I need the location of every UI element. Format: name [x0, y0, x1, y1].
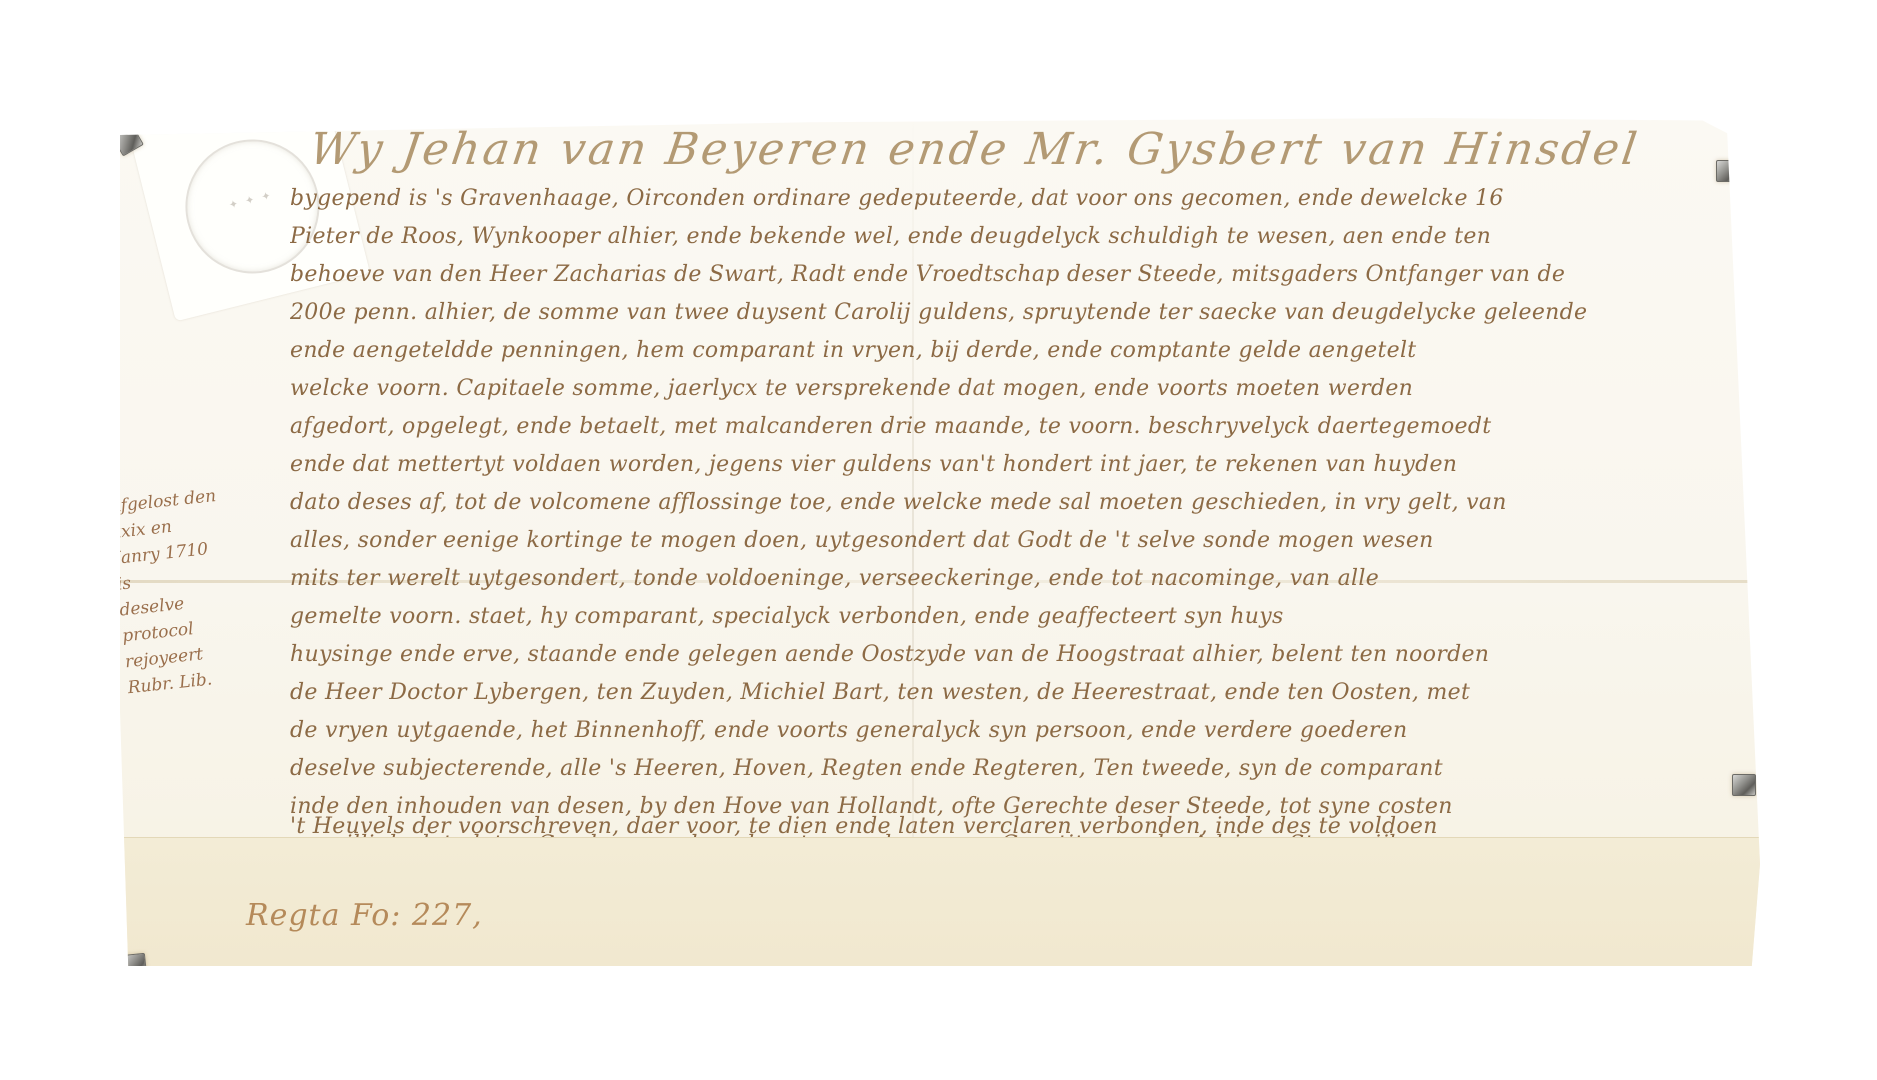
text-line: 200e penn. alhier, de somme van twee duy…	[290, 294, 1730, 332]
metal-stud-icon	[121, 953, 147, 977]
text-line: behoeve van den Heer Zacharias de Swart,…	[290, 256, 1730, 294]
text-line: bygepend is 's Gravenhaage, Oirconden or…	[290, 180, 1730, 218]
text-line: alles, sonder eenige kortinge te mogen d…	[290, 522, 1730, 560]
vellum-document: ✦ ✦ ✦ Wy Jehan van Beyeren ende Mr. Gysb…	[120, 118, 1760, 966]
text-line: welcke voorn. Capitaele somme, jaerlycx …	[290, 370, 1730, 408]
metal-stud-icon	[1732, 774, 1756, 796]
document-heading: Wy Jehan van Beyeren ende Mr. Gysbert va…	[306, 124, 1733, 175]
margin-annotation: Afgelost den xxix en Janry 1710 is desel…	[107, 483, 238, 701]
text-line: deselve subjecterende, alle 's Heeren, H…	[290, 750, 1730, 788]
text-line-last: 't Heuvels der voorschreven, daer voor, …	[290, 808, 1730, 846]
text-line: de Heer Doctor Lybergen, ten Zuyden, Mic…	[290, 674, 1730, 712]
text-line: huysinge ende erve, staande ende gelegen…	[290, 636, 1730, 674]
text-line: mits ter werelt uytgesondert, tonde vold…	[290, 560, 1730, 598]
text-line: dato deses af, tot de volcomene afflossi…	[290, 484, 1730, 522]
text-line: gemelte voorn. staet, hy comparant, spec…	[290, 598, 1730, 636]
metal-stud-icon	[1716, 160, 1740, 182]
text-line: ende dat mettertyt voldaen worden, jegen…	[290, 446, 1730, 484]
text-line: de vryen uytgaende, het Binnenhoff, ende…	[290, 712, 1730, 750]
text-line: Pieter de Roos, Wynkooper alhier, ende b…	[290, 218, 1730, 256]
registry-annotation: Regta Fo: 227,	[246, 898, 483, 933]
text-line: afgedort, opgelegt, ende betaelt, met ma…	[290, 408, 1730, 446]
text-line: ende aengeteldde penningen, hem comparan…	[290, 332, 1730, 370]
